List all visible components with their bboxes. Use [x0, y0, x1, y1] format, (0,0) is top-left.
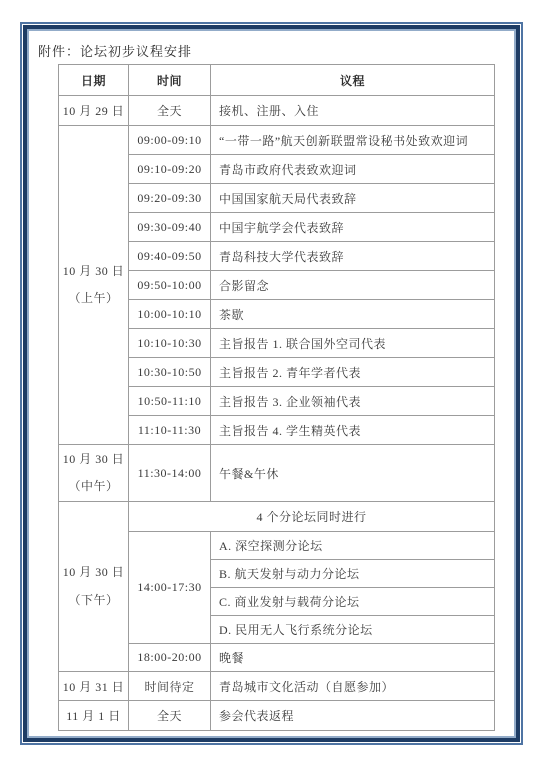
time-cell: 09:50-10:00 [129, 271, 211, 300]
date-line: （中午） [59, 473, 128, 501]
agenda-cell: 青岛科技大学代表致辞 [211, 242, 495, 271]
time-cell: 09:10-09:20 [129, 155, 211, 184]
time-cell: 11:10-11:30 [129, 416, 211, 445]
time-cell: 10:30-10:50 [129, 358, 211, 387]
date-line: 10 月 30 日 [59, 446, 128, 474]
time-cell: 10:00-10:10 [129, 300, 211, 329]
agenda-cell: 青岛城市文化活动（自愿参加） [211, 672, 495, 701]
table-row: 11 月 1 日 全天 参会代表返程 [59, 701, 495, 731]
agenda-cell: 茶歇 [211, 300, 495, 329]
parallel-forums-header: 4 个分论坛同时进行 [129, 502, 495, 532]
agenda-cell: A. 深空探测分论坛 [211, 532, 495, 560]
agenda-cell: 主旨报告 1. 联合国外空司代表 [211, 329, 495, 358]
page-border-frame: 附件：论坛初步议程安排 日期 时间 议程 10 月 29 日 全天 接机、注册、… [20, 22, 523, 745]
header-agenda: 议程 [211, 65, 495, 96]
date-line: 10 月 30 日 [59, 559, 128, 587]
agenda-cell: 中国宇航学会代表致辞 [211, 213, 495, 242]
time-cell: 09:20-09:30 [129, 184, 211, 213]
header-date: 日期 [59, 65, 129, 96]
date-cell: 10 月 29 日 [59, 96, 129, 126]
agenda-cell: 主旨报告 4. 学生精英代表 [211, 416, 495, 445]
time-cell: 09:40-09:50 [129, 242, 211, 271]
table-row: 10 月 30 日 （下午） 4 个分论坛同时进行 [59, 502, 495, 532]
table-row: 10 月 31 日 时间待定 青岛城市文化活动（自愿参加） [59, 672, 495, 701]
time-cell: 10:10-10:30 [129, 329, 211, 358]
date-cell-afternoon: 10 月 30 日 （下午） [59, 502, 129, 672]
date-cell: 11 月 1 日 [59, 701, 129, 731]
agenda-cell: B. 航天发射与动力分论坛 [211, 560, 495, 588]
agenda-cell: 青岛市政府代表致欢迎词 [211, 155, 495, 184]
agenda-cell: 主旨报告 3. 企业领袖代表 [211, 387, 495, 416]
agenda-cell: 中国国家航天局代表致辞 [211, 184, 495, 213]
date-cell-morning: 10 月 30 日 （上午） [59, 126, 129, 445]
table-row: 10 月 29 日 全天 接机、注册、入住 [59, 96, 495, 126]
time-cell: 10:50-11:10 [129, 387, 211, 416]
agenda-cell: 主旨报告 2. 青年学者代表 [211, 358, 495, 387]
time-cell: 18:00-20:00 [129, 644, 211, 672]
agenda-cell: 合影留念 [211, 271, 495, 300]
date-line: （上午） [59, 285, 128, 313]
table-row: 10 月 30 日 （中午） 11:30-14:00 午餐&午休 [59, 445, 495, 502]
page-border-frame-mid: 附件：论坛初步议程安排 日期 时间 议程 10 月 29 日 全天 接机、注册、… [23, 25, 520, 742]
header-time: 时间 [129, 65, 211, 96]
time-cell: 09:30-09:40 [129, 213, 211, 242]
date-line: 10 月 30 日 [59, 258, 128, 286]
agenda-cell: 午餐&午休 [211, 445, 495, 502]
agenda-cell: 参会代表返程 [211, 701, 495, 731]
date-line: （下午） [59, 587, 128, 615]
agenda-table: 日期 时间 议程 10 月 29 日 全天 接机、注册、入住 10 月 30 日… [58, 64, 495, 731]
agenda-cell: C. 商业发射与载荷分论坛 [211, 588, 495, 616]
agenda-cell: “一带一路”航天创新联盟常设秘书处致欢迎词 [211, 126, 495, 155]
date-cell-noon: 10 月 30 日 （中午） [59, 445, 129, 502]
time-cell: 09:00-09:10 [129, 126, 211, 155]
date-cell: 10 月 31 日 [59, 672, 129, 701]
time-cell-forums: 14:00-17:30 [129, 532, 211, 644]
time-cell: 11:30-14:00 [129, 445, 211, 502]
time-cell: 时间待定 [129, 672, 211, 701]
table-header-row: 日期 时间 议程 [59, 65, 495, 96]
time-cell: 全天 [129, 701, 211, 731]
page-content-area: 附件：论坛初步议程安排 日期 时间 议程 10 月 29 日 全天 接机、注册、… [27, 29, 516, 738]
agenda-cell: 晚餐 [211, 644, 495, 672]
page-title: 附件：论坛初步议程安排 [38, 44, 514, 60]
agenda-cell: D. 民用无人飞行系统分论坛 [211, 616, 495, 644]
table-row: 10 月 30 日 （上午） 09:00-09:10 “一带一路”航天创新联盟常… [59, 126, 495, 155]
time-cell: 全天 [129, 96, 211, 126]
agenda-cell: 接机、注册、入住 [211, 96, 495, 126]
